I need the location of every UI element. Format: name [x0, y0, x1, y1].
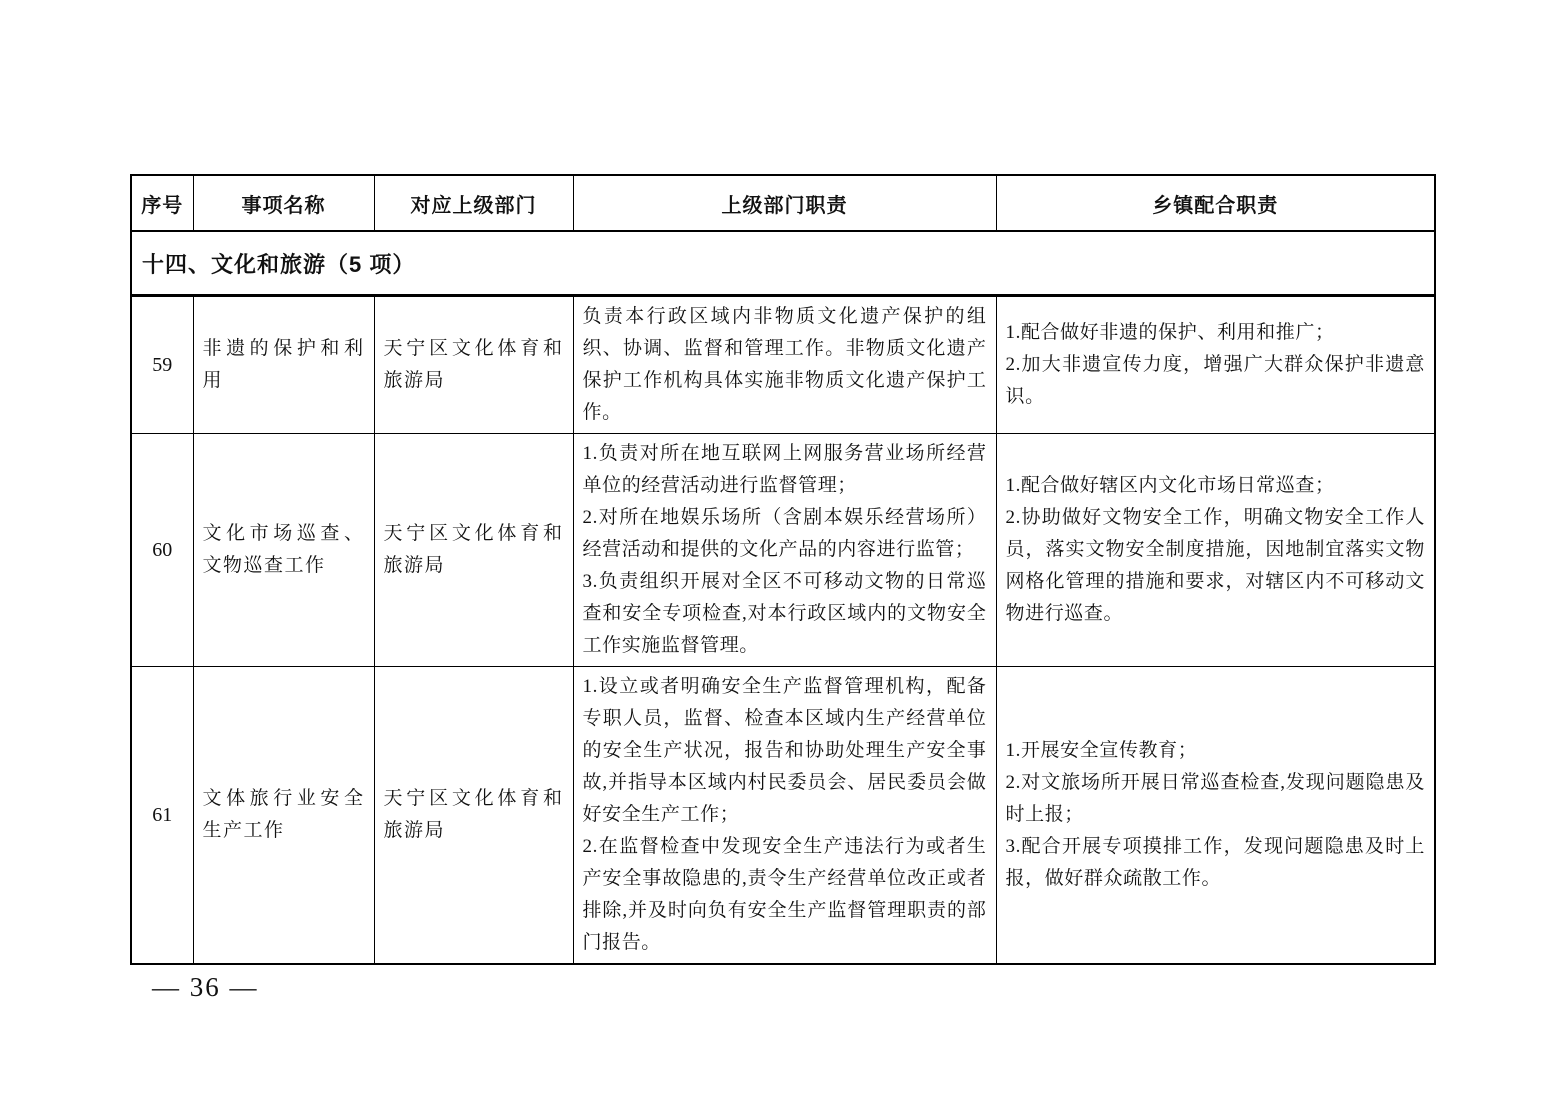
column-header-superior-duties: 上级部门职责	[573, 175, 996, 231]
duty-paragraph: 2.对文旅场所开展日常巡查检查,发现问题隐患及时上报；	[1006, 767, 1426, 831]
duty-paragraph: 2.加大非遗宣传力度，增强广大群众保护非遗意识。	[1006, 349, 1426, 413]
document-page: 序号 事项名称 对应上级部门 上级部门职责 乡镇配合职责 十四、文化和旅游（5 …	[0, 0, 1559, 1102]
responsibility-table: 序号 事项名称 对应上级部门 上级部门职责 乡镇配合职责 十四、文化和旅游（5 …	[130, 174, 1436, 965]
column-header-superior-department: 对应上级部门	[374, 175, 573, 231]
serial-number: 60	[131, 434, 193, 667]
township-duties-cell: 1.配合做好辖区内文化市场日常巡查； 2.协助做好文物安全工作，明确文物安全工作…	[996, 434, 1435, 667]
duty-paragraph: 1.配合做好辖区内文化市场日常巡查；	[1006, 470, 1426, 502]
section-title: 十四、文化和旅游（5 项）	[131, 231, 1435, 296]
column-header-township-duties: 乡镇配合职责	[996, 175, 1435, 231]
superior-duties-cell: 负责本行政区域内非物质文化遗产保护的组织、协调、监督和管理工作。非物质文化遗产保…	[573, 296, 996, 434]
duty-paragraph: 3.负责组织开展对全区不可移动文物的日常巡查和安全专项检查,对本行政区域内的文物…	[583, 566, 987, 662]
superior-duties-cell: 1.设立或者明确安全生产监督管理机构，配备专职人员，监督、检查本区域内生产经营单…	[573, 667, 996, 965]
item-name: 文体旅行业安全生产工作	[193, 667, 374, 965]
duty-paragraph: 1.负责对所在地互联网上网服务营业场所经营单位的经营活动进行监督管理；	[583, 438, 987, 502]
duty-paragraph: 3.配合开展专项摸排工作，发现问题隐患及时上报，做好群众疏散工作。	[1006, 831, 1426, 895]
superior-duties-cell: 1.负责对所在地互联网上网服务营业场所经营单位的经营活动进行监督管理； 2.对所…	[573, 434, 996, 667]
township-duties-cell: 1.配合做好非遗的保护、利用和推广； 2.加大非遗宣传力度，增强广大群众保护非遗…	[996, 296, 1435, 434]
section-row: 十四、文化和旅游（5 项）	[131, 231, 1435, 296]
superior-department: 天宁区文化体育和旅游局	[374, 296, 573, 434]
township-duties-cell: 1.开展安全宣传教育； 2.对文旅场所开展日常巡查检查,发现问题隐患及时上报； …	[996, 667, 1435, 965]
superior-department: 天宁区文化体育和旅游局	[374, 434, 573, 667]
column-header-item-name: 事项名称	[193, 175, 374, 231]
duty-paragraph: 2.协助做好文物安全工作，明确文物安全工作人员，落实文物安全制度措施，因地制宜落…	[1006, 502, 1426, 630]
table-header-row: 序号 事项名称 对应上级部门 上级部门职责 乡镇配合职责	[131, 175, 1435, 231]
serial-number: 61	[131, 667, 193, 965]
page-number: — 36 —	[152, 972, 259, 1003]
item-name: 非遗的保护和利用	[193, 296, 374, 434]
duty-paragraph: 负责本行政区域内非物质文化遗产保护的组织、协调、监督和管理工作。非物质文化遗产保…	[583, 301, 987, 429]
column-header-serial: 序号	[131, 175, 193, 231]
duty-paragraph: 1.开展安全宣传教育；	[1006, 735, 1426, 767]
table-row: 60 文化市场巡查、文物巡查工作 天宁区文化体育和旅游局 1.负责对所在地互联网…	[131, 434, 1435, 667]
duty-paragraph: 1.设立或者明确安全生产监督管理机构，配备专职人员，监督、检查本区域内生产经营单…	[583, 671, 987, 831]
table-row: 61 文体旅行业安全生产工作 天宁区文化体育和旅游局 1.设立或者明确安全生产监…	[131, 667, 1435, 965]
superior-department: 天宁区文化体育和旅游局	[374, 667, 573, 965]
table-row: 59 非遗的保护和利用 天宁区文化体育和旅游局 负责本行政区域内非物质文化遗产保…	[131, 296, 1435, 434]
item-name: 文化市场巡查、文物巡查工作	[193, 434, 374, 667]
duty-paragraph: 2.对所在地娱乐场所（含剧本娱乐经营场所）经营活动和提供的文化产品的内容进行监管…	[583, 502, 987, 566]
serial-number: 59	[131, 296, 193, 434]
duty-paragraph: 1.配合做好非遗的保护、利用和推广；	[1006, 317, 1426, 349]
duty-paragraph: 2.在监督检查中发现安全生产违法行为或者生产安全事故隐患的,责令生产经营单位改正…	[583, 831, 987, 959]
